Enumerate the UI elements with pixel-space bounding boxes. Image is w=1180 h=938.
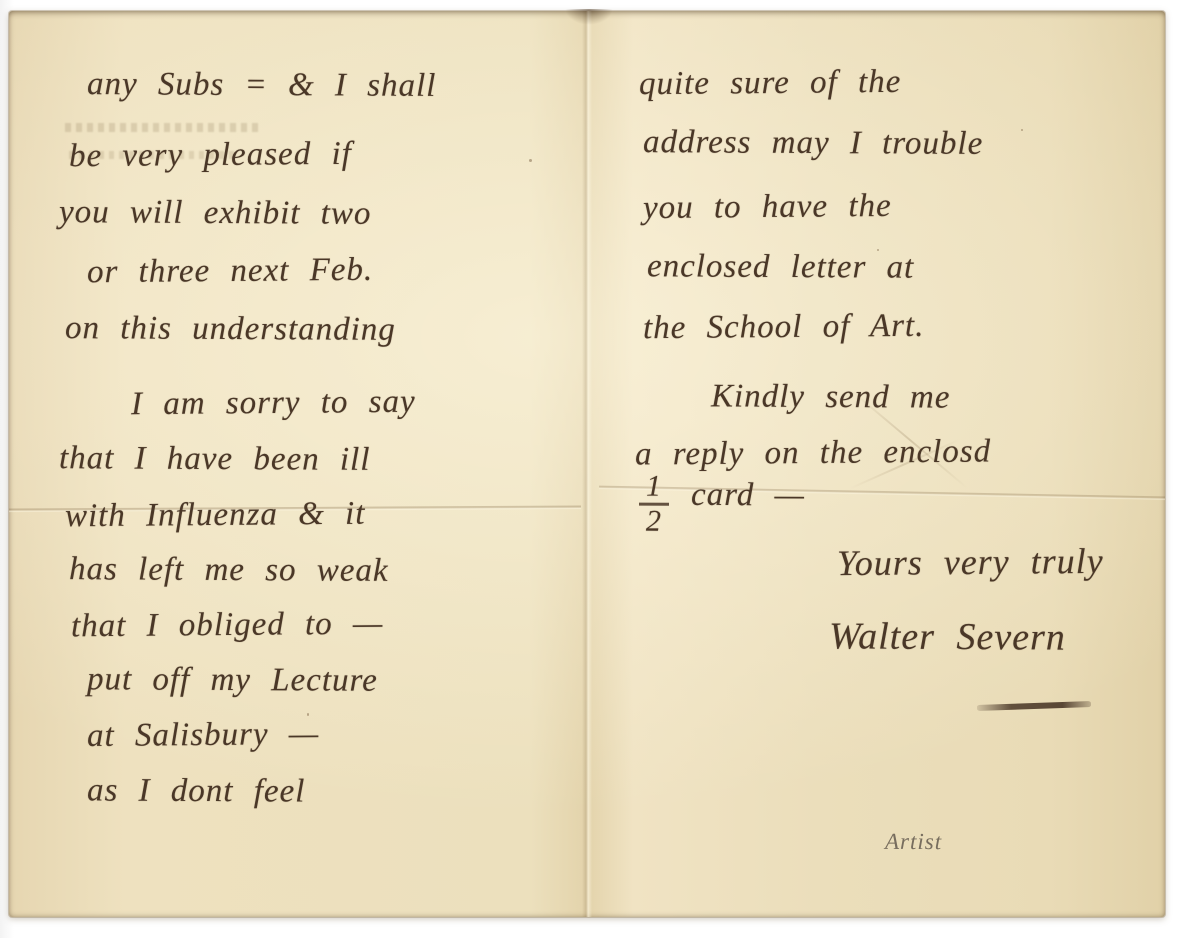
handwritten-line: on this understanding (65, 310, 396, 349)
handwritten-line: or three next Feb. (87, 252, 374, 291)
handwritten-line: the School of Art. (643, 308, 925, 347)
signature: Walter Severn (829, 614, 1066, 659)
handwritten-line: any Subs = & I shall (87, 66, 437, 105)
handwritten-line: quite sure of the (639, 64, 902, 103)
handwritten-line: at Salisbury — (87, 716, 320, 755)
half-fraction: 1 2 (639, 473, 669, 536)
handwritten-line: with Influenza & it (65, 496, 366, 536)
letter-paper: any Subs = & I shall be very pleased if … (9, 11, 1165, 917)
handwritten-line: 1 2 card — (639, 473, 805, 537)
card-text: card — (691, 473, 805, 515)
handwritten-line: that I obliged to — (71, 606, 384, 646)
handwritten-line: be very pleased if (69, 136, 352, 175)
handwritten-line: you will exhibit two (59, 194, 372, 233)
center-fold-crease (582, 11, 592, 917)
handwritten-line: I am sorry to say (131, 384, 416, 423)
handwritten-line: address may I trouble (643, 124, 983, 163)
pencil-annotation: Artist (885, 829, 942, 855)
handwritten-line: has left me so weak (69, 551, 389, 590)
handwritten-line: Kindly send me (711, 378, 951, 416)
handwritten-line: a reply on the enclosd (635, 433, 992, 473)
paper-speck (529, 159, 532, 162)
fraction-denominator: 2 (646, 505, 662, 536)
scanner-background: any Subs = & I shall be very pleased if … (0, 0, 1180, 938)
handwritten-line: that I have been ill (59, 440, 371, 479)
fraction-numerator: 1 (639, 473, 669, 506)
fold-top-notch (565, 9, 613, 25)
handwritten-line: you to have the (643, 188, 892, 227)
paper-speck (1021, 129, 1023, 131)
valediction: Yours very truly (837, 540, 1104, 584)
handwritten-line: enclosed letter at (647, 248, 914, 286)
handwritten-line: put off my Lecture (87, 661, 378, 700)
signature-flourish (977, 701, 1091, 711)
handwritten-line: as I dont feel (87, 772, 306, 810)
